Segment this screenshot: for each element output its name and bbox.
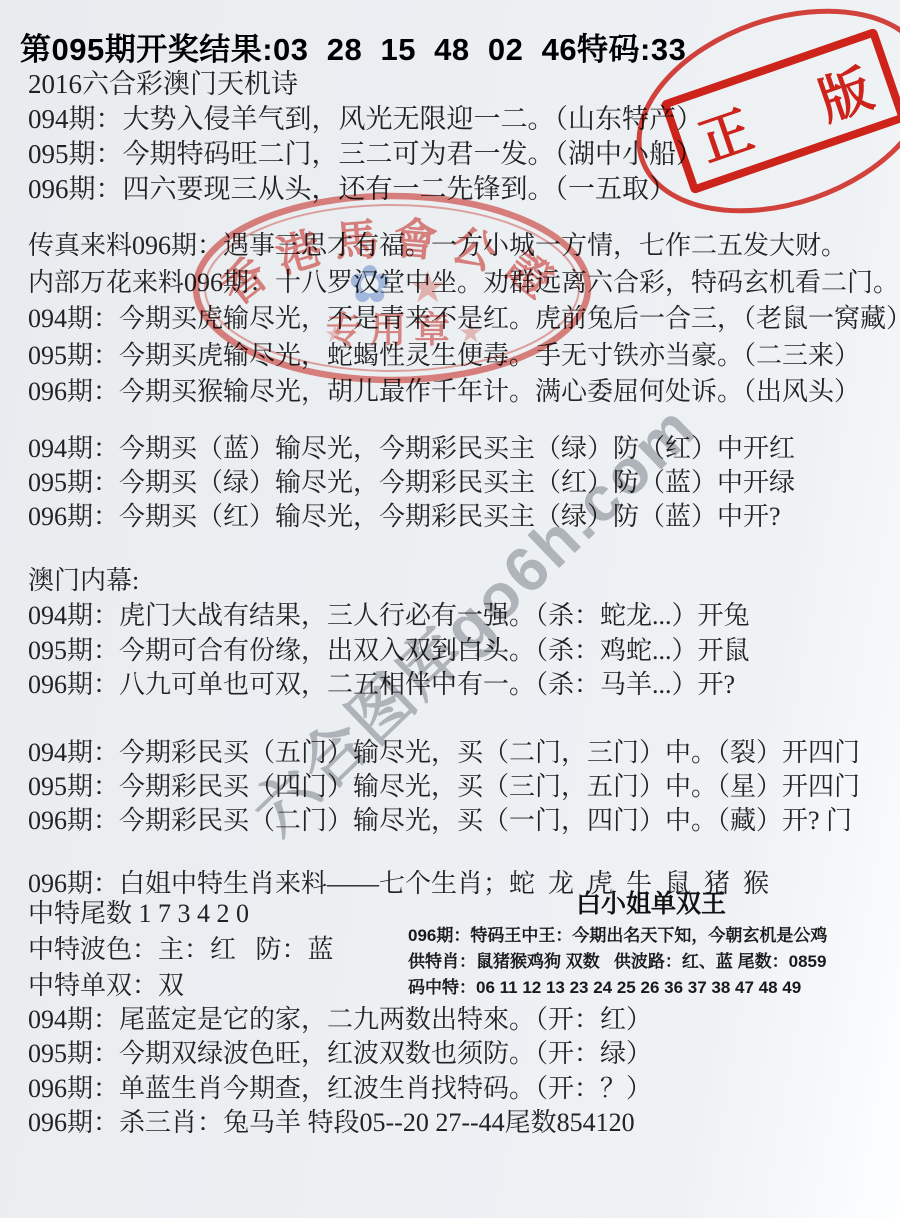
fax-line: 内部万花来料096期：十八罗汉堂中坐。劝群远离六合彩，特码玄机看二门。 <box>28 265 900 302</box>
macau-line: 095期：今期可合有份缘，出双入双到白头。（杀：鸡蛇...）开鼠 <box>28 634 750 669</box>
section-color-buy: 094期：今期买（蓝）输尽光，今期彩民买主（绿）防（红）中开红 095期：今期买… <box>28 432 795 534</box>
waves-line: 095期：今期双绿波色旺，红波双数也须防。（开：绿） <box>28 1037 652 1071</box>
fax-line: 096期：今期买猴输尽光，胡儿最作千年计。满心委屈何处诉。（出风头） <box>28 374 900 411</box>
baixiaojie-line: 供特肖：鼠猪猴鸡狗 双数 供波路：红、蓝 尾数：0859 <box>408 949 894 975</box>
baixiaojie-line: 096期：特码王中王：今期出名天下知，今朝玄机是公鸡 <box>408 923 894 949</box>
doors-line: 094期：今期彩民买（五门）输尽光，买（二门，三门）中。（裂）开四门 <box>28 736 860 770</box>
zhengban-stamp: 正 版 <box>648 15 900 207</box>
baixiaojie-line: 码中特：06 11 12 13 23 24 25 26 36 37 38 47 … <box>408 975 894 1001</box>
section-stats: 中特尾数 1 7 3 4 2 0 中特波色：主：红 防：蓝 中特单双：双 <box>28 896 334 1004</box>
fax-line: 094期：今期买虎输尽光，不是青来不是红。虎前兔后一合三，（老鼠一窝藏） <box>28 301 900 338</box>
poem-line: 096期：四六要现三从头，还有一二先锋到。（一五取） <box>28 172 703 207</box>
stats-line: 中特单双：双 <box>28 968 334 1004</box>
macau-line: 096期：八九可单也可双，二五相伴中有一。（杀：马羊...）开? <box>28 668 750 703</box>
poem-line: 094期：大势入侵羊气到，风光无限迎一二。（山东特产） <box>28 102 703 137</box>
waves-line: 094期：尾蓝定是它的家，二九两数出特來。（开：红） <box>28 1003 652 1037</box>
section-doors: 094期：今期彩民买（五门）输尽光，买（二门，三门）中。（裂）开四门 095期：… <box>28 736 860 838</box>
section-fax-material: 传真来料096期：遇事三思才有福。一方小城一方情，七作二五发大财。 内部万花来料… <box>28 228 900 411</box>
colorbuy-line: 096期：今期买（红）输尽光，今期彩民买主（绿）防（蓝）中开? <box>28 500 795 534</box>
colorbuy-line: 095期：今期买（绿）输尽光，今期彩民买主（红）防（蓝）中开绿 <box>28 466 795 500</box>
section-macau-insider: 094期：虎门大战有结果，三人行必有一强。（杀：蛇龙...）开兔 095期：今期… <box>28 599 750 703</box>
fax-line: 095期：今期买虎输尽光，蛇蝎性灵生便毒。手无寸铁亦当豪。（二三来） <box>28 338 900 375</box>
macau-line: 094期：虎门大战有结果，三人行必有一强。（杀：蛇龙...）开兔 <box>28 599 750 634</box>
page-title: 第095期开奖结果:03 28 15 48 02 46特码:33 <box>20 24 686 69</box>
doors-line: 096期：今期彩民买（二门）输尽光，买（一门，四门）中。（藏）开? 门 <box>28 804 860 838</box>
baixiaojie-title: 白小姐单双王 <box>408 884 894 920</box>
waves-line: 096期：杀三肖：兔马羊 特段05--20 27--44尾数854120 <box>28 1106 652 1140</box>
waves-line: 096期：单蓝生肖今期查，红波生肖找特码。（开：？） <box>28 1072 652 1106</box>
macau-section-header: 澳门内幕: <box>28 560 139 597</box>
stats-line: 中特尾数 1 7 3 4 2 0 <box>28 896 334 932</box>
section-waves: 094期：尾蓝定是它的家，二九两数出特來。（开：红） 095期：今期双绿波色旺，… <box>28 1003 652 1141</box>
stats-line: 中特波色：主：红 防：蓝 <box>28 932 334 968</box>
section-tianji-poems: 2016六合彩澳门天机诗 094期：大势入侵羊气到，风光无限迎一二。（山东特产）… <box>28 67 703 207</box>
lottery-sheet-page: 第095期开奖结果:03 28 15 48 02 46特码:33 2016六合彩… <box>0 0 900 1218</box>
colorbuy-line: 094期：今期买（蓝）输尽光，今期彩民买主（绿）防（红）中开红 <box>28 432 795 466</box>
doors-line: 095期：今期彩民买（四门）输尽光，买（三门，五门）中。（星）开四门 <box>28 770 860 804</box>
section-baixiaojie: 白小姐单双王 096期：特码王中王：今期出名天下知，今朝玄机是公鸡 供特肖：鼠猪… <box>408 884 894 1001</box>
poem-line: 095期：今期特码旺二门，三二可为君一发。（湖中小船） <box>28 137 703 172</box>
